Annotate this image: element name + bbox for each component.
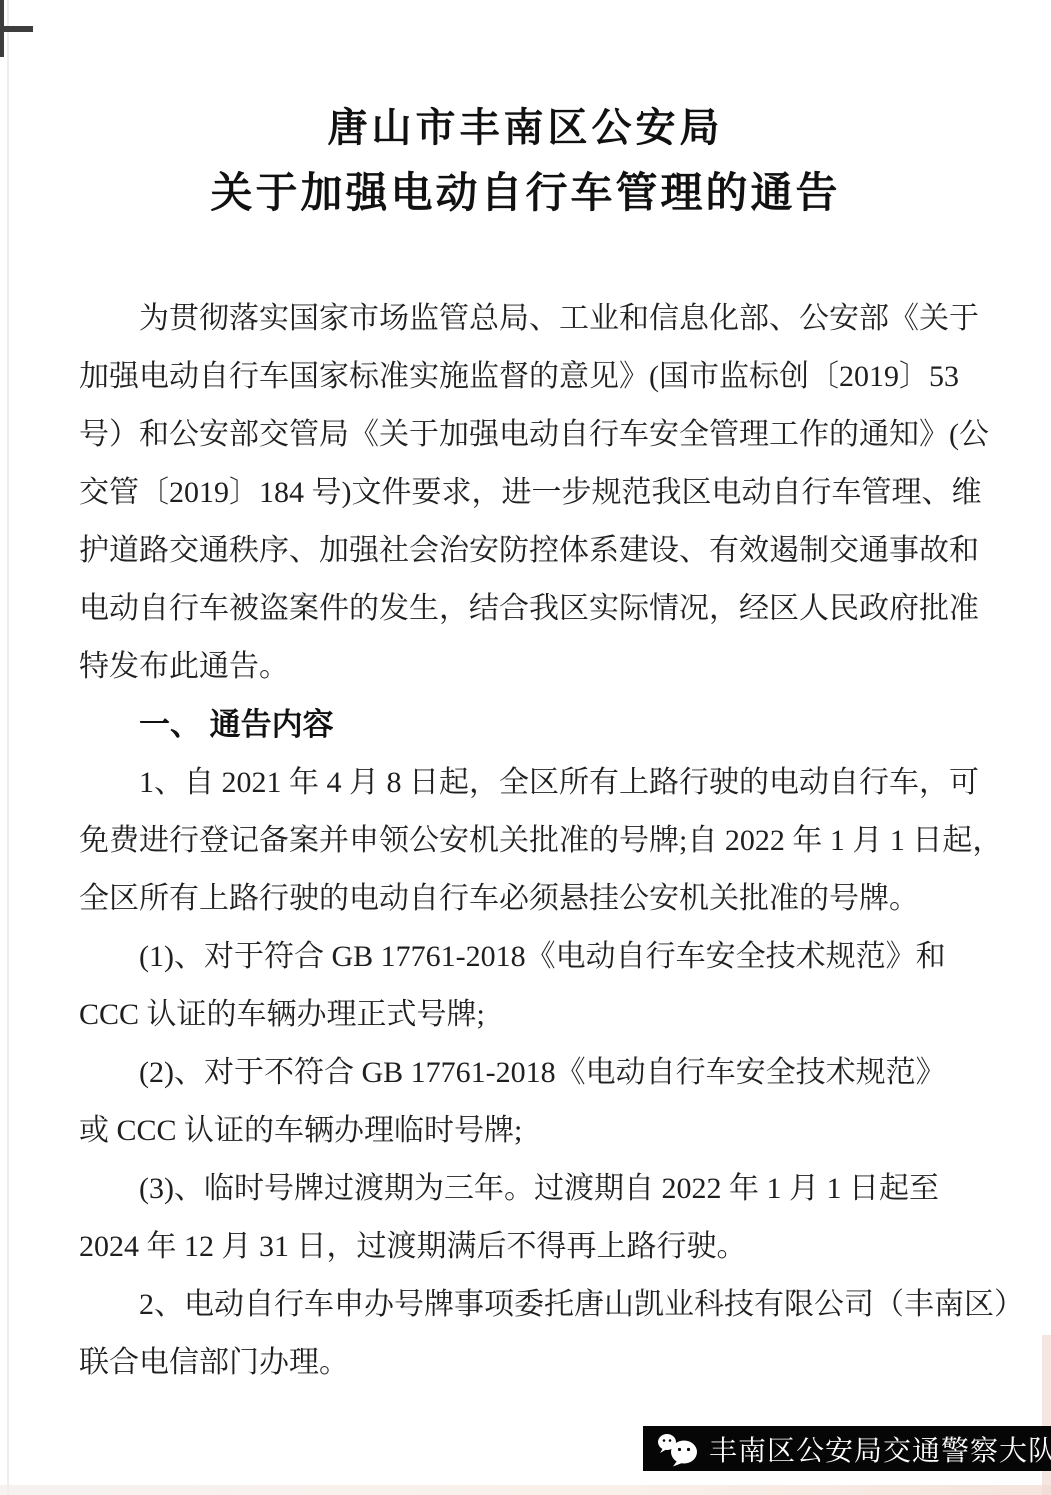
scan-bottom-tint: [0, 1485, 1051, 1495]
document-line: (2)、对于不符合 GB 17761-2018《电动自行车安全技术规范》: [79, 1044, 981, 1102]
document-line: 加强电动自行车国家标准实施监督的意见》(国市监标创〔2019〕53: [79, 348, 981, 406]
document-line: 免费进行登记备案并申领公安机关批准的号牌;自 2022 年 1 月 1 日起，: [79, 812, 981, 870]
document-line: (3)、临时号牌过渡期为三年。过渡期自 2022 年 1 月 1 日起至: [79, 1160, 981, 1218]
document-line: CCC 认证的车辆办理正式号牌;: [79, 986, 981, 1044]
document-line: 全区所有上路行驶的电动自行车必须悬挂公安机关批准的号牌。: [79, 870, 981, 928]
document-line: 联合电信部门办理。: [79, 1334, 981, 1392]
document-line: 为贯彻落实国家市场监管总局、工业和信息化部、公安部《关于: [79, 290, 981, 348]
document-line: 号）和公安部交管局《关于加强电动自行车安全管理工作的通知》(公: [79, 406, 981, 464]
corner-crop-mark: [0, 26, 33, 32]
document-title-subject: 关于加强电动自行车管理的通告: [0, 160, 1051, 220]
scan-right-tint: [1042, 1335, 1051, 1495]
corner-crop-mark-vertical: [0, 0, 4, 57]
document-line: 2、电动自行车申办号牌事项委托唐山凯业科技有限公司（丰南区）: [79, 1276, 981, 1334]
document-line: 电动自行车被盗案件的发生，结合我区实际情况，经区人民政府批准: [79, 580, 981, 638]
document-line: 或 CCC 认证的车辆办理临时号牌;: [79, 1102, 981, 1160]
scanned-notice-page: 唐山市丰南区公安局 关于加强电动自行车管理的通告 为贯彻落实国家市场监管总局、工…: [0, 0, 1051, 1495]
document-line: 交管〔2019〕184 号)文件要求，进一步规范我区电动自行车管理、维: [79, 464, 981, 522]
wechat-watermark-bar: 丰南区公安局交通警察大队: [643, 1426, 1051, 1471]
wechat-icon: [657, 1431, 699, 1467]
document-line: 1、自 2021 年 4 月 8 日起，全区所有上路行驶的电动自行车，可: [79, 754, 981, 812]
document-line: (1)、对于符合 GB 17761-2018《电动自行车安全技术规范》和: [79, 928, 981, 986]
section-heading: 一、 通告内容: [79, 696, 981, 754]
wechat-account-name: 丰南区公安局交通警察大队: [709, 1429, 1051, 1469]
document-body: 为贯彻落实国家市场监管总局、工业和信息化部、公安部《关于加强电动自行车国家标准实…: [79, 290, 981, 1392]
document-line: 2024 年 12 月 31 日，过渡期满后不得再上路行驶。: [79, 1218, 981, 1276]
document-title-issuer: 唐山市丰南区公安局: [0, 96, 1051, 153]
document-line: 护道路交通秩序、加强社会治安防控体系建设、有效遏制交通事故和: [79, 522, 981, 580]
document-line: 特发布此通告。: [79, 638, 981, 696]
scan-edge-artifact: [7, 0, 9, 1495]
